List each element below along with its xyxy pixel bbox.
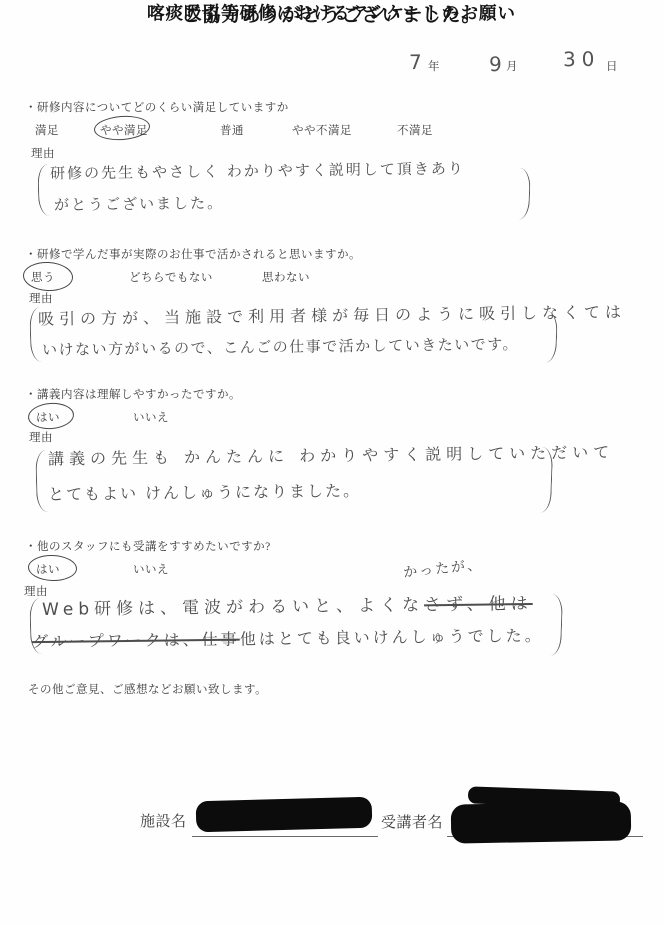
q2-selection-circle bbox=[22, 261, 73, 293]
q1-reason-handwriting-line1: 研修の先生もやさしく わかりやすく説明して頂きあり bbox=[50, 157, 465, 183]
q1-option-fumanzoku: 不満足 bbox=[397, 122, 433, 138]
q4-question-text: ・他のスタッフにも受講をすすめたいですか? bbox=[25, 538, 271, 554]
date-month-label: 月 bbox=[506, 58, 518, 74]
q1-hand-bracket-right bbox=[517, 168, 531, 220]
date-year-label: 年 bbox=[428, 58, 440, 74]
facility-name-label: 施設名 bbox=[140, 810, 187, 831]
q2-option-dochirademonai: どちらでもない bbox=[129, 269, 213, 285]
q3-hand-bracket-right bbox=[539, 447, 553, 513]
q4-option-iie: いいえ bbox=[133, 561, 169, 577]
attendee-name-label: 受講者名 bbox=[381, 811, 443, 832]
other-comments-prompt: その他ご意見、ご感想などお願い致します。 bbox=[28, 681, 267, 697]
q4-reason-line1-text: Web研修は、電波がわるいと、よくな bbox=[42, 595, 424, 620]
q2-question-text: ・研修で学んだ事が実際のお仕事で活かされると思いますか。 bbox=[25, 246, 361, 262]
q2-reason-handwriting-line2: いけない方がいるので、こんごの仕事で活かしていきたいです。 bbox=[42, 333, 519, 360]
q4-selection-circle bbox=[28, 554, 78, 582]
q4-reason-line1-struck-text: さず、他は bbox=[424, 594, 533, 615]
q3-option-iie: いいえ bbox=[133, 409, 169, 425]
date-day-label: 日 bbox=[606, 58, 618, 74]
q2-reason-handwriting-line1: 吸引の方が、当施設で利用者様が毎日のように吸引しなくては bbox=[38, 299, 626, 329]
date-day-value: 30 bbox=[563, 47, 601, 71]
q3-reason-handwriting-line1: 講義の先生も かんたんに わかりやすく説明していただいて bbox=[48, 440, 614, 470]
facility-name-redaction bbox=[196, 797, 373, 833]
q1-option-yaya-fumanzoku: やや不満足 bbox=[292, 122, 352, 138]
q4-hand-bracket-right bbox=[549, 594, 563, 656]
q4-reason-handwriting-line1: Web研修は、電波がわるいと、よくなさず、他は bbox=[42, 589, 533, 620]
q4-reason-line2-struck-text: グループワークは、仕事 bbox=[32, 630, 240, 652]
q1-reason-label: 理由 bbox=[31, 145, 55, 161]
q4-reason-line2-text: 他はとても良いけんしゅうでした。 bbox=[240, 626, 544, 649]
q4-reason-handwriting-line2: グループワークは、仕事他はとても良いけんしゅうでした。 bbox=[32, 623, 544, 652]
q1-question-text: ・研修内容についてどのくらい満足していますか bbox=[25, 99, 289, 115]
q3-reason-label: 理由 bbox=[29, 429, 53, 445]
date-year-value: 7 bbox=[409, 50, 422, 74]
q2-option-omowanai: 思わない bbox=[262, 269, 310, 285]
survey-sheet: 喀痰吸引等研修におけるアンケートのお願い 7 年 9 月 30 日 ・研修内容に… bbox=[0, 0, 663, 925]
q4-inserted-correction-handwriting: かったが、 bbox=[402, 554, 484, 582]
thank-you-message: ご協力ありがとうございました。 bbox=[0, 0, 663, 27]
q1-option-futsuu: 普通 bbox=[220, 122, 244, 138]
q3-selection-circle bbox=[27, 401, 75, 430]
q3-reason-handwriting-line2: とてもよい けんしゅうになりました。 bbox=[48, 478, 361, 505]
q1-hand-bracket-left bbox=[37, 164, 50, 216]
attendee-name-redaction bbox=[451, 801, 632, 843]
q3-hand-bracket-left bbox=[35, 450, 49, 512]
q3-question-text: ・講義内容は理解しやすかったですか。 bbox=[25, 386, 241, 402]
q1-reason-handwriting-line2: がとうございました。 bbox=[54, 192, 224, 215]
q2-reason-label: 理由 bbox=[29, 290, 53, 306]
q1-option-manzoku: 満足 bbox=[35, 122, 59, 138]
date-month-value: 9 bbox=[489, 52, 502, 76]
